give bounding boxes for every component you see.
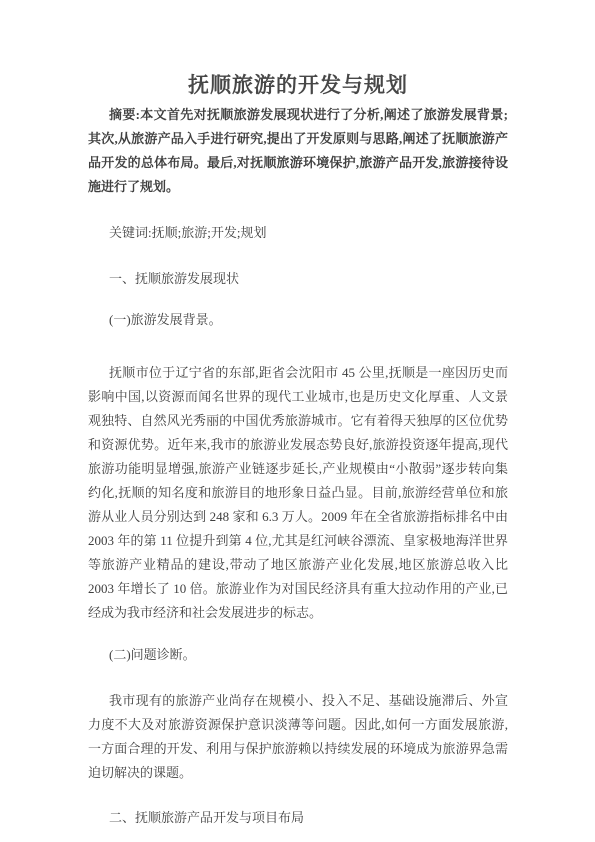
section-heading-1: 一、抚顺旅游发展现状 — [88, 267, 508, 291]
document-title: 抚顺旅游的开发与规划 — [88, 73, 508, 99]
section-heading-2: 二、抚顺旅游产品开发与项目布局 — [88, 806, 508, 830]
paragraph-problem-diagnosis: 我市现有的旅游产业尚存在规模小、投入不足、基础设施滞后、外宣力度不大及对旅游资源… — [88, 689, 508, 785]
document-page: 抚顺旅游的开发与规划 摘要:本文首先对抚顺旅游发展现状进行了分析,阐述了旅游发展… — [0, 0, 595, 842]
subsection-heading-1-1: (一)旅游发展背景。 — [88, 308, 508, 332]
paragraph-development-background: 抚顺市位于辽宁省的东部,距省会沈阳市 45 公里,抚顺是一座因历史而影响中国,以… — [88, 361, 508, 625]
subsection-heading-1-2: (二)问题诊断。 — [88, 643, 508, 667]
keywords-line: 关键词:抚顺;旅游;开发;规划 — [88, 221, 508, 245]
abstract-paragraph: 摘要:本文首先对抚顺旅游发展现状进行了分析,阐述了旅游发展背景;其次,从旅游产品… — [88, 103, 508, 199]
